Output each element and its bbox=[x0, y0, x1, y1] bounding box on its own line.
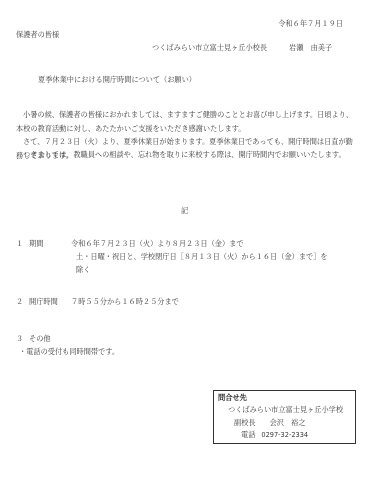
item-value-line: 除く bbox=[76, 266, 90, 275]
contact-heading: 問合せ先 bbox=[218, 394, 247, 403]
item-value-line: 令和６年７月２３日（火）より８月２３日（金）まで bbox=[71, 240, 244, 249]
item-label: その他 bbox=[29, 335, 51, 344]
sender-org: つくばみらい市立富士見ヶ丘小校長 bbox=[152, 43, 267, 52]
body-paragraph-3: つきましては、教職員への相談や、忘れ物を取りに来校する際は、開庁時間内でお願いい… bbox=[16, 148, 356, 162]
item-label: 期間 bbox=[29, 240, 43, 249]
contact-school: つくばみらい市立富士見ヶ丘小学校 bbox=[228, 406, 343, 415]
item-number: １ bbox=[16, 240, 23, 249]
contact-person: 副校長会沢 裕之 bbox=[234, 419, 306, 428]
phone-number: 0297-32-2334 bbox=[261, 431, 308, 439]
contact-phone: 電話0297-32-2334 bbox=[241, 431, 308, 440]
document-date: 令和６年７月１９日 bbox=[278, 20, 343, 29]
contact-box: 問合せ先 つくばみらい市立富士見ヶ丘小学校 副校長会沢 裕之 電話0297-32… bbox=[213, 390, 356, 444]
ki-heading: 記 bbox=[181, 207, 188, 216]
phone-label: 電話 bbox=[241, 430, 255, 439]
item-number: ３ bbox=[16, 335, 23, 344]
item-value-line: 土・日曜・祝日と、学校閉庁日［８月１３日（火）から１６日（金）まで］を bbox=[76, 253, 328, 262]
item-value-line: ・電話の受付も同時間帯です。 bbox=[19, 348, 119, 357]
sender-name: 岩瀬 由美子 bbox=[289, 43, 332, 52]
body-paragraph-1: 小暑の候、保護者の皆様におかれましては、ますますご健勝のこととお喜び申し上げます… bbox=[16, 108, 356, 135]
contact-role: 副校長 bbox=[234, 418, 256, 427]
document-title: 夏季休業中における開庁時間について（お願い） bbox=[38, 76, 196, 85]
item-value-line: ７時５５分から１６時２５分まで bbox=[71, 298, 179, 307]
contact-name: 会沢 裕之 bbox=[270, 418, 306, 427]
sender: つくばみらい市立富士見ヶ丘小校長岩瀬 由美子 bbox=[152, 44, 332, 53]
item-number: ２ bbox=[16, 298, 23, 307]
item-label: 開庁時間 bbox=[29, 298, 58, 307]
recipient: 保護者の皆様 bbox=[16, 31, 59, 40]
